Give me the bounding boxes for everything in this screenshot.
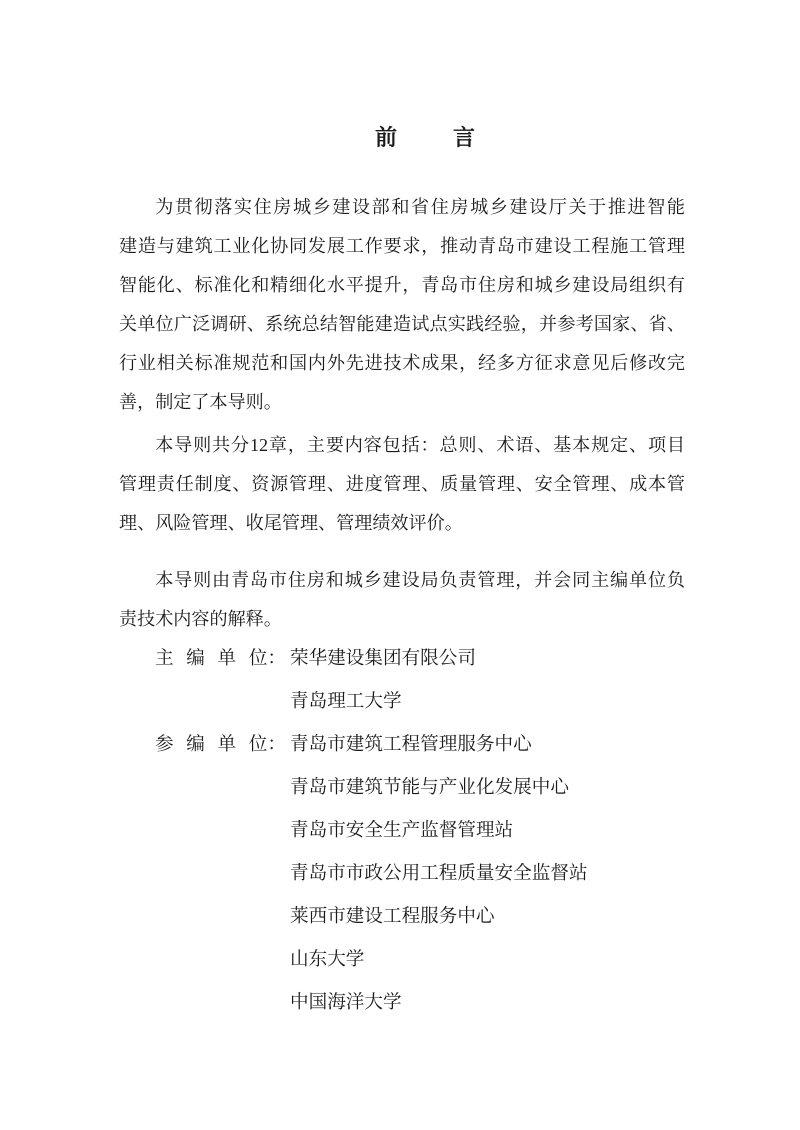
editor-unit-value: 山东大学 bbox=[290, 938, 685, 981]
participating-editor-row: 参 编 单 位： 青岛市建筑工程管理服务中心 bbox=[119, 723, 685, 766]
participating-editor-row: 青岛市市政公用工程质量安全监督站 bbox=[119, 852, 685, 895]
document-page: 前 言 为贯彻落实住房城乡建设部和省住房城乡建设厅关于推进智能 建造与建筑工业化… bbox=[0, 0, 800, 1130]
paragraph-line: 善，制定了本导则。 bbox=[119, 383, 685, 422]
participating-editor-row: 莱西市建设工程服务中心 bbox=[119, 895, 685, 938]
paragraph-line: 管理责任制度、资源管理、进度管理、质量管理、安全管理、成本管 bbox=[119, 465, 685, 504]
paragraph-line: 理、风险管理、收尾管理、管理绩效评价。 bbox=[119, 504, 685, 543]
paragraph-line: 建造与建筑工业化协同发展工作要求，推动青岛市建设工程施工管理 bbox=[119, 227, 685, 266]
participating-editor-row: 中国海洋大学 bbox=[119, 981, 685, 1024]
paragraph-line: 本导则共分12章，主要内容包括：总则、术语、基本规定、项目 bbox=[119, 426, 685, 465]
editor-label-spacer bbox=[119, 852, 290, 895]
paragraph-line: 本导则由青岛市住房和城乡建设局负责管理，并会同主编单位负 bbox=[119, 561, 685, 600]
editor-unit-value: 荣华建设集团有限公司 bbox=[290, 637, 685, 680]
editor-unit-value: 中国海洋大学 bbox=[290, 981, 685, 1024]
paragraph-line: 行业相关标准规范和国内外先进技术成果，经多方征求意见后修改完 bbox=[119, 344, 685, 383]
paragraph-line: 关单位广泛调研、系统总结智能建造试点实践经验，并参考国家、省、 bbox=[119, 305, 685, 344]
editor-unit-value: 青岛市建筑节能与产业化发展中心 bbox=[290, 766, 685, 809]
preface-paragraph-3: 本导则由青岛市住房和城乡建设局负责管理，并会同主编单位负 责技术内容的解释。 bbox=[119, 561, 685, 639]
preface-paragraph-1: 为贯彻落实住房城乡建设部和省住房城乡建设厅关于推进智能 建造与建筑工业化协同发展… bbox=[119, 188, 685, 422]
participating-editor-label: 参 编 单 位： bbox=[119, 723, 290, 766]
editor-label-spacer bbox=[119, 809, 290, 852]
page-title: 前 言 bbox=[144, 118, 710, 160]
preface-paragraph-2: 本导则共分12章，主要内容包括：总则、术语、基本规定、项目 管理责任制度、资源管… bbox=[119, 426, 685, 543]
page-content: 前 言 为贯彻落实住房城乡建设部和省住房城乡建设厅关于推进智能 建造与建筑工业化… bbox=[0, 118, 800, 1024]
editor-label-spacer bbox=[119, 680, 290, 723]
editing-units-section: 主 编 单 位： 荣华建设集团有限公司 青岛理工大学 参 编 单 位： 青岛市建… bbox=[119, 637, 685, 1024]
editor-unit-value: 青岛市建筑工程管理服务中心 bbox=[290, 723, 685, 766]
chief-editor-row: 主 编 单 位： 荣华建设集团有限公司 bbox=[119, 637, 685, 680]
editor-label-spacer bbox=[119, 938, 290, 981]
editor-label-spacer bbox=[119, 895, 290, 938]
editor-unit-value: 青岛理工大学 bbox=[290, 680, 685, 723]
participating-editor-row: 青岛市安全生产监督管理站 bbox=[119, 809, 685, 852]
participating-editor-row: 青岛市建筑节能与产业化发展中心 bbox=[119, 766, 685, 809]
editor-unit-value: 青岛市安全生产监督管理站 bbox=[290, 809, 685, 852]
chief-editor-row: 青岛理工大学 bbox=[119, 680, 685, 723]
editor-unit-value: 莱西市建设工程服务中心 bbox=[290, 895, 685, 938]
paragraph-line: 智能化、标准化和精细化水平提升，青岛市住房和城乡建设局组织有 bbox=[119, 266, 685, 305]
paragraph-line: 为贯彻落实住房城乡建设部和省住房城乡建设厅关于推进智能 bbox=[119, 188, 685, 227]
participating-editor-row: 山东大学 bbox=[119, 938, 685, 981]
editor-label-spacer bbox=[119, 981, 290, 1024]
paragraph-line: 责技术内容的解释。 bbox=[119, 600, 685, 639]
editor-label-spacer bbox=[119, 766, 290, 809]
chief-editor-label: 主 编 单 位： bbox=[119, 637, 290, 680]
editor-unit-value: 青岛市市政公用工程质量安全监督站 bbox=[290, 852, 685, 895]
